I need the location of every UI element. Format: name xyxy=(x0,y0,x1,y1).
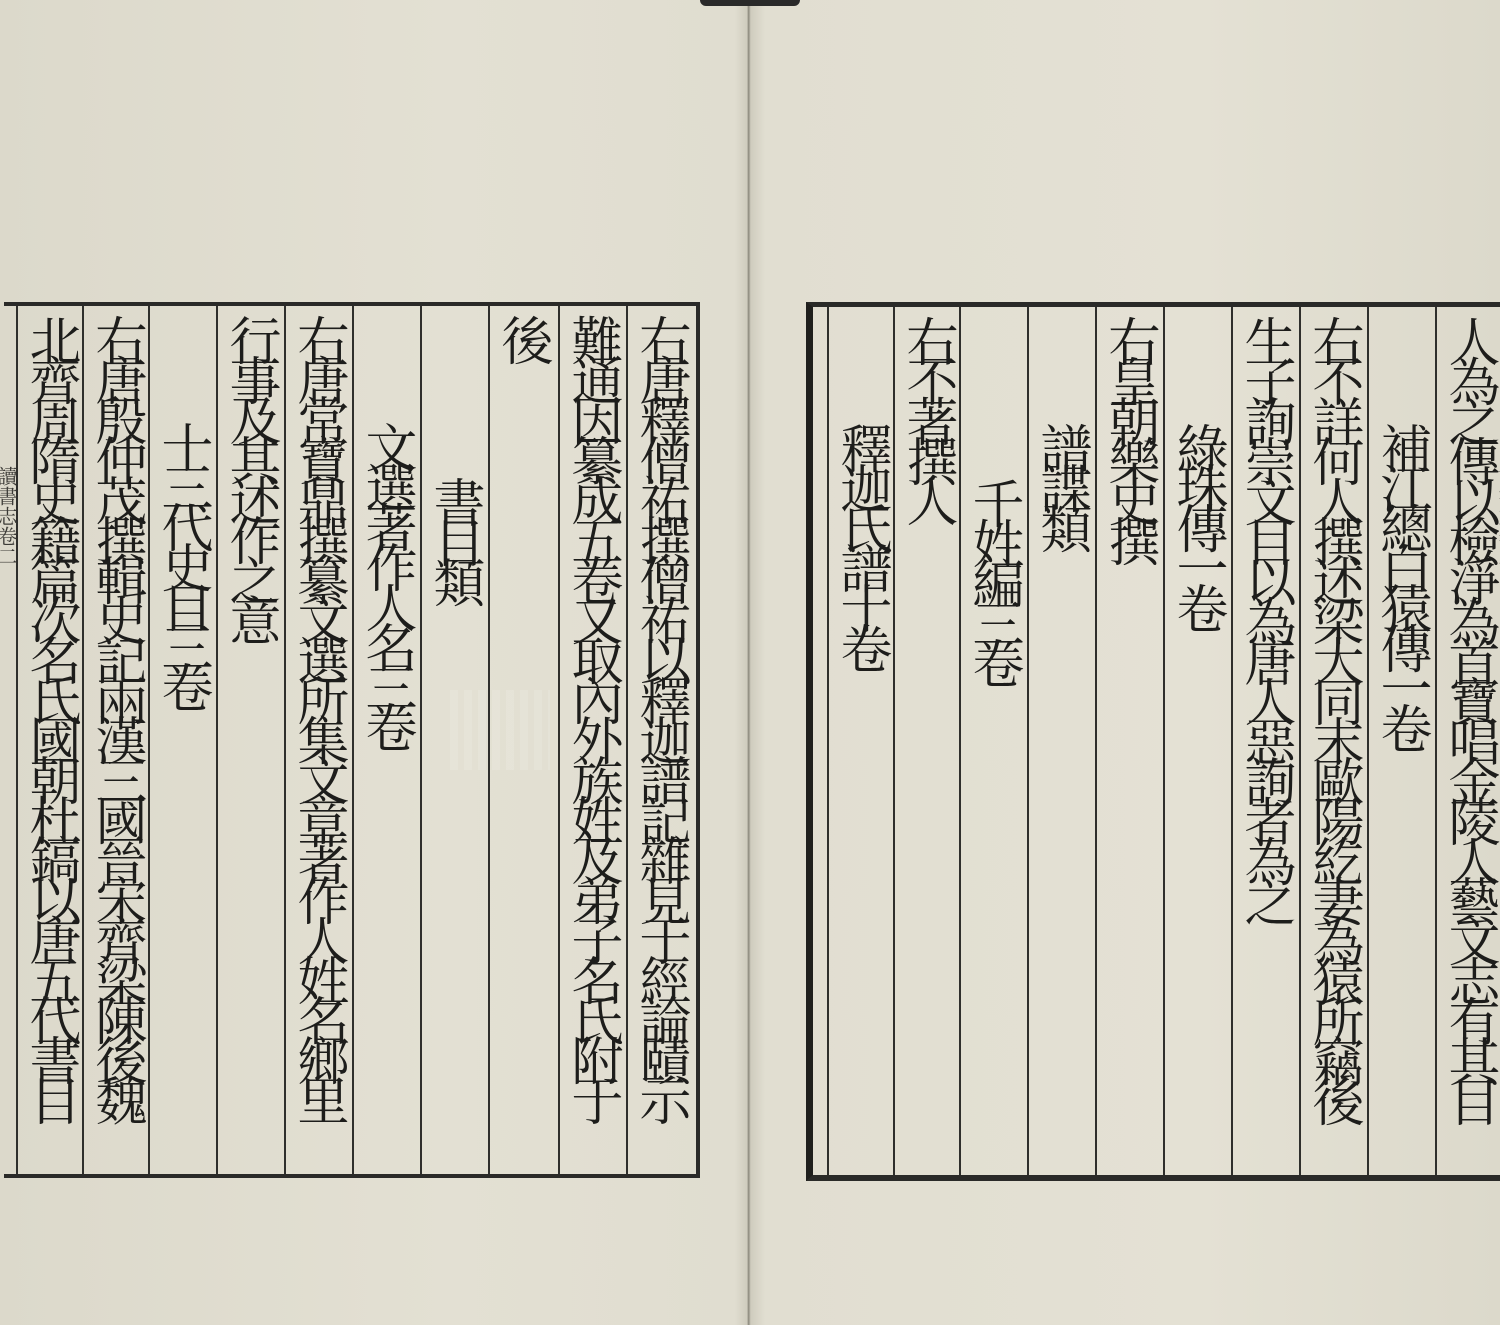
column-text: 右皇朝樂史撰 xyxy=(1097,315,1163,555)
left-col-7: 行事及其述作之意 xyxy=(216,306,284,1174)
left-col-10: 北齊周隋史籍篇次名氏國朝杜鎬以唐五代書目 xyxy=(16,306,84,1174)
left-col-2: 難通因纂成五卷又取內外族姓及弟子名氏附于 xyxy=(558,306,626,1174)
book-spread: 右唐釋僧祐撰僧祐以釋迦譜記雜見于經論賾示 難通因纂成五卷又取內外族姓及弟子名氏附… xyxy=(0,0,1500,1325)
right-col-7: 譜諜類 xyxy=(1027,307,1095,1175)
margin-label: 讀書志卷二 xyxy=(0,466,21,566)
book-title: 文選著作人名三卷 xyxy=(354,421,420,741)
book-title: 十三代史目三卷 xyxy=(150,421,216,701)
column-text: 北齊周隋史籍篇次名氏國朝杜鎬以唐五代書目 xyxy=(18,314,84,1114)
column-text: 後 xyxy=(490,314,556,354)
book-title: 補江總白猿傳一卷 xyxy=(1369,422,1435,742)
column-text: 右唐殷仲茂撰輯史記兩漢三國晉宋齊梁陳後魏 xyxy=(84,314,150,1114)
binding-shadow xyxy=(700,0,800,6)
book-title: 釋迦氏譜十卷 xyxy=(829,422,895,662)
left-col-1: 右唐釋僧祐撰僧祐以釋迦譜記雜見于經論賾示 xyxy=(626,306,694,1174)
left-page-block: 右唐釋僧祐撰僧祐以釋迦譜記雜見于經論賾示 難通因纂成五卷又取內外族姓及弟子名氏附… xyxy=(4,302,700,1178)
left-col-5: 文選著作人名三卷 xyxy=(352,306,420,1174)
right-page-block: 人為之傳以檢淨為首寶唱金陵人藝文志有其目 補江總白猿傳一卷 右不詳何人撰述梁大同… xyxy=(806,302,1500,1181)
right-col-2: 補江總白猿傳一卷 xyxy=(1367,307,1435,1175)
right-fore-edge-margin: 讀書志卷二 xyxy=(1489,307,1500,1175)
right-col-3: 右不詳何人撰述梁大同末歐陽紇妻為猿所竊後 xyxy=(1299,307,1367,1175)
column-text: 行事及其述作之意 xyxy=(218,314,284,634)
column-text: 右唐釋僧祐撰僧祐以釋迦譜記雜見于經論賾示 xyxy=(628,314,694,1114)
book-title: 綠珠傳一卷 xyxy=(1165,422,1231,622)
right-col-8: 千姓編三卷 xyxy=(959,307,1027,1175)
left-col-8: 十三代史目三卷 xyxy=(148,306,216,1174)
margin-label: 讀書志卷二 xyxy=(1493,467,1500,567)
watermark xyxy=(450,690,550,770)
category-heading: 譜諜類 xyxy=(1029,422,1095,542)
right-col-5: 綠珠傳一卷 xyxy=(1163,307,1231,1175)
book-title: 千姓編三卷 xyxy=(961,477,1027,677)
left-col-9: 右唐殷仲茂撰輯史記兩漢三國晉宋齊梁陳後魏 xyxy=(82,306,150,1174)
column-text: 右不著撰人 xyxy=(895,315,961,515)
left-col-6: 右唐常寶鼎撰纂文選所集文章著作人姓名鄉里 xyxy=(284,306,352,1174)
column-text: 右唐常寶鼎撰纂文選所集文章著作人姓名鄉里 xyxy=(286,314,352,1114)
column-text: 右不詳何人撰述梁大同末歐陽紇妻為猿所竊後 xyxy=(1301,315,1367,1115)
right-col-10: 釋迦氏譜十卷 xyxy=(827,307,895,1175)
left-fore-edge-margin: 讀書志卷二 xyxy=(0,306,18,1174)
column-text: 生子詢崇文目以為唐人惡詢者為之 xyxy=(1233,315,1299,915)
right-col-4: 生子詢崇文目以為唐人惡詢者為之 xyxy=(1231,307,1299,1175)
right-col-6: 右皇朝樂史撰 xyxy=(1095,307,1163,1175)
category-heading: 書目類 xyxy=(422,476,488,596)
column-text: 難通因纂成五卷又取內外族姓及弟子名氏附于 xyxy=(560,314,626,1114)
right-col-9: 右不著撰人 xyxy=(893,307,961,1175)
